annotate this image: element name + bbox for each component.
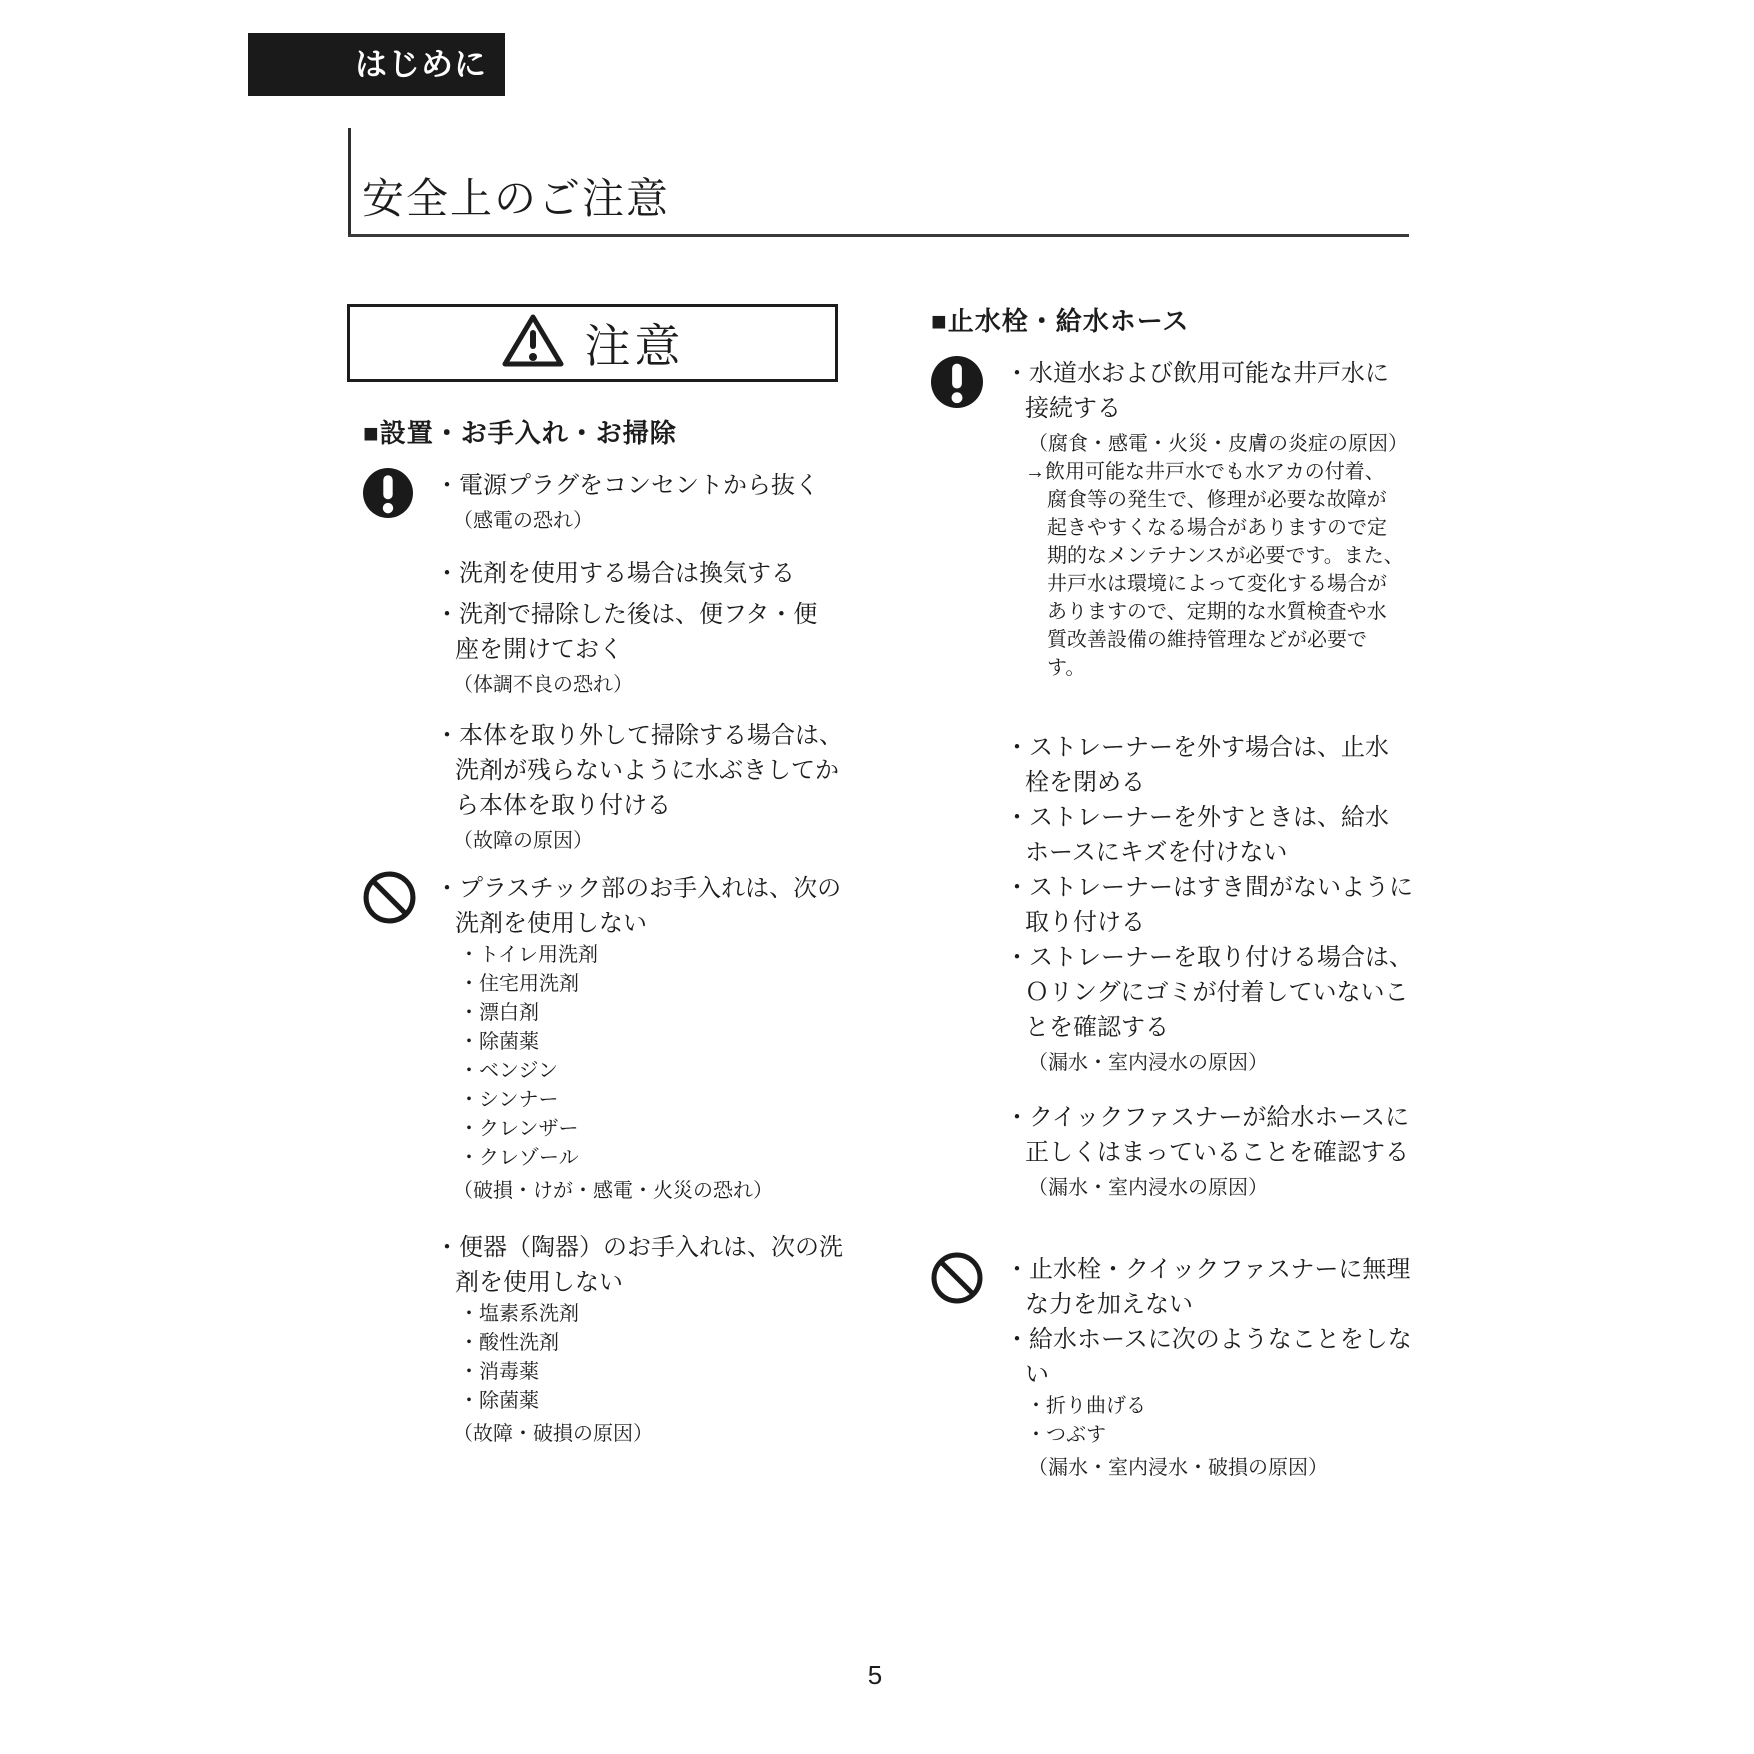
prohibited-item: ・酸性洗剤 bbox=[459, 1329, 833, 1358]
safety-explanation-cont: ありますので、定期的な水質検査や水 bbox=[1047, 598, 1411, 626]
safety-instruction: ・洗剤で掃除した後は、便フタ・便 bbox=[435, 597, 833, 632]
prohibited-item: ・つぶす bbox=[1026, 1421, 1411, 1450]
safety-instruction: ・洗剤を使用する場合は換気する bbox=[435, 556, 833, 591]
prohibited-item: ・住宅用洗剤 bbox=[459, 970, 833, 999]
page-number: 5 bbox=[820, 1660, 930, 1691]
safety-explanation-cont: 期的なメンテナンスが必要です。また、 bbox=[1047, 542, 1411, 570]
prohibition-circle-icon bbox=[363, 871, 415, 923]
chapter-tab-label: はじめに bbox=[355, 46, 487, 82]
section-heading-stop-valve-supply-hose: ■止水栓・給水ホース bbox=[931, 301, 1189, 338]
chapter-tab: はじめに bbox=[248, 33, 505, 96]
safety-item-group: ・クイックファスナーが給水ホースに 正しくはまっていることを確認する （漏水・室… bbox=[931, 1100, 1411, 1202]
prohibited-item: ・除菌薬 bbox=[459, 1387, 833, 1416]
prohibited-item: ・トイレ用洗剤 bbox=[459, 941, 833, 970]
safety-instruction: ・ストレーナーを取り付ける場合は、 bbox=[1005, 940, 1411, 975]
safety-instruction-cont: 座を開けておく bbox=[455, 632, 833, 667]
safety-instruction-cont: ホースにキズを付けない bbox=[1025, 835, 1411, 870]
caution-banner: 注意 bbox=[347, 304, 838, 382]
manual-page: はじめに 安全上のご注意 注意 ■設置・お手入れ・お掃除 ・電源プラグをコンセン… bbox=[0, 0, 1754, 1754]
safety-instruction-cont: 洗剤が残らないように水ぶきしてか bbox=[455, 753, 833, 788]
title-horizontal-rule bbox=[348, 234, 1409, 237]
caution-banner-label: 注意 bbox=[585, 310, 685, 376]
exclamation-circle-icon bbox=[931, 356, 983, 408]
prohibited-item: ・シンナー bbox=[459, 1086, 833, 1115]
safety-instruction: ・水道水および飲用可能な井戸水に bbox=[1005, 356, 1411, 391]
safety-note: （漏水・室内浸水の原因） bbox=[1028, 1049, 1411, 1077]
safety-note: （体調不良の恐れ） bbox=[453, 671, 833, 699]
safety-note: （腐食・感電・火災・皮膚の炎症の原因） bbox=[1028, 430, 1411, 458]
safety-explanation: →飲用可能な井戸水でも水アカの付着、 bbox=[1025, 458, 1411, 486]
safety-note: （漏水・室内浸水の原因） bbox=[1028, 1174, 1411, 1202]
prohibited-item: ・塩素系洗剤 bbox=[459, 1300, 833, 1329]
safety-instruction-cont: 剤を使用しない bbox=[455, 1265, 833, 1300]
safety-instruction-cont: 正しくはまっていることを確認する bbox=[1025, 1135, 1411, 1170]
safety-instruction-cont: Ｏリングにゴミが付着していないこ bbox=[1025, 975, 1411, 1010]
safety-instruction: ・ストレーナーはすき間がないように bbox=[1005, 870, 1411, 905]
safety-instruction-cont: な力を加えない bbox=[1025, 1287, 1411, 1322]
safety-instruction-cont: 洗剤を使用しない bbox=[455, 906, 833, 941]
safety-explanation-cont: 起きやすくなる場合がありますので定 bbox=[1047, 514, 1411, 542]
safety-instruction: ・電源プラグをコンセントから抜く bbox=[435, 468, 833, 503]
prohibited-item: ・折り曲げる bbox=[1026, 1392, 1411, 1421]
safety-note: （破損・けが・感電・火災の恐れ） bbox=[453, 1177, 833, 1205]
section-heading-installation-care-cleaning: ■設置・お手入れ・お掃除 bbox=[363, 413, 677, 450]
safety-explanation-cont: 質改善設備の維持管理などが必要で bbox=[1047, 626, 1411, 654]
safety-note: （故障の原因） bbox=[453, 827, 833, 855]
safety-item-group: ・プラスチック部のお手入れは、次の 洗剤を使用しない ・トイレ用洗剤 ・住宅用洗… bbox=[363, 871, 833, 1205]
prohibited-item: ・除菌薬 bbox=[459, 1028, 833, 1057]
safety-instruction-cont: 取り付ける bbox=[1025, 905, 1411, 940]
safety-item-group: ・止水栓・クイックファスナーに無理 な力を加えない ・給水ホースに次のようなこと… bbox=[931, 1252, 1411, 1482]
exclamation-circle-icon bbox=[363, 468, 415, 520]
prohibited-item: ・クレンザー bbox=[459, 1115, 833, 1144]
safety-instruction: ・便器（陶器）のお手入れは、次の洗 bbox=[435, 1230, 833, 1265]
safety-item-group: ・ストレーナーを外す場合は、止水 栓を閉める ・ストレーナーを外すときは、給水 … bbox=[931, 730, 1411, 1077]
prohibited-item: ・漂白剤 bbox=[459, 999, 833, 1028]
safety-item-group: ・便器（陶器）のお手入れは、次の洗 剤を使用しない ・塩素系洗剤 ・酸性洗剤 ・… bbox=[363, 1230, 833, 1448]
prohibited-item: ・クレゾール bbox=[459, 1144, 833, 1173]
safety-instruction: ・給水ホースに次のようなことをしな bbox=[1005, 1322, 1411, 1357]
safety-item-group: ・電源プラグをコンセントから抜く （感電の恐れ） bbox=[363, 468, 833, 535]
safety-instruction-cont: とを確認する bbox=[1025, 1010, 1411, 1045]
safety-instruction: ・クイックファスナーが給水ホースに bbox=[1005, 1100, 1411, 1135]
prohibited-item: ・消毒薬 bbox=[459, 1358, 833, 1387]
prohibited-item: ・ベンジン bbox=[459, 1057, 833, 1086]
safety-explanation-cont: 腐食等の発生で、修理が必要な故障が bbox=[1047, 486, 1411, 514]
safety-instruction-cont: ら本体を取り付ける bbox=[455, 788, 833, 823]
safety-instruction-cont: い bbox=[1025, 1357, 1411, 1392]
safety-item-group: ・本体を取り外して掃除する場合は、 洗剤が残らないように水ぶきしてか ら本体を取… bbox=[363, 718, 833, 855]
safety-explanation-cont: す。 bbox=[1047, 654, 1411, 682]
safety-note: （故障・破損の原因） bbox=[453, 1420, 833, 1448]
safety-note: （感電の恐れ） bbox=[453, 507, 833, 535]
safety-instruction: ・プラスチック部のお手入れは、次の bbox=[435, 871, 833, 906]
safety-instruction: ・ストレーナーを外すときは、給水 bbox=[1005, 800, 1411, 835]
safety-instruction-cont: 接続する bbox=[1025, 391, 1411, 426]
title-vertical-rule bbox=[348, 128, 351, 236]
safety-instruction: ・本体を取り外して掃除する場合は、 bbox=[435, 718, 833, 753]
safety-note: （漏水・室内浸水・破損の原因） bbox=[1028, 1454, 1411, 1482]
warning-triangle-icon bbox=[501, 313, 565, 374]
safety-explanation-cont: 井戸水は環境によって変化する場合が bbox=[1047, 570, 1411, 598]
safety-item-group: ・洗剤を使用する場合は換気する ・洗剤で掃除した後は、便フタ・便 座を開けておく… bbox=[363, 556, 833, 699]
page-title: 安全上のご注意 bbox=[362, 176, 670, 222]
safety-item-group: ・水道水および飲用可能な井戸水に 接続する （腐食・感電・火災・皮膚の炎症の原因… bbox=[931, 356, 1411, 682]
safety-instruction: ・止水栓・クイックファスナーに無理 bbox=[1005, 1252, 1411, 1287]
prohibition-circle-icon bbox=[931, 1252, 983, 1304]
safety-instruction-cont: 栓を閉める bbox=[1025, 765, 1411, 800]
safety-instruction: ・ストレーナーを外す場合は、止水 bbox=[1005, 730, 1411, 765]
